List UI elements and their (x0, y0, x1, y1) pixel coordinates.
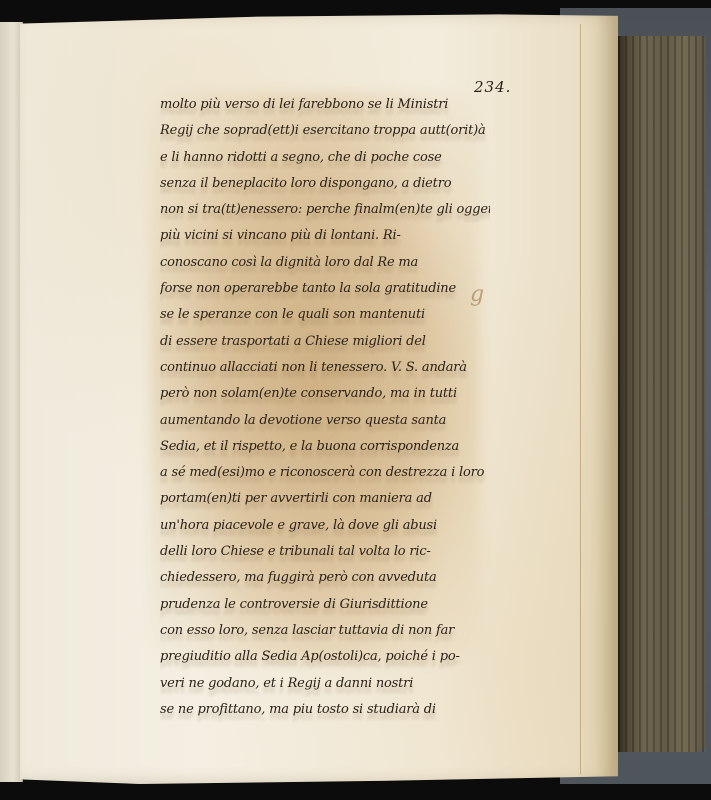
text-line: delli loro Chiese e tribunali tal volta … (160, 539, 490, 565)
text-line: prudenza le controversie di Giurisdittio… (160, 592, 490, 618)
text-line: molto più verso di lei farebbono se li M… (160, 92, 490, 118)
text-line: pregiuditio alla Sedia Ap(ostoli)ca, poi… (160, 644, 490, 670)
text-line: e li hanno ridotti a segno, che di poche… (160, 145, 490, 171)
text-line: di essere trasportati a Chiese migliori … (160, 329, 490, 355)
text-line: aumentando la devotione verso questa san… (160, 408, 490, 434)
text-line: però non solam(en)te conservando, ma in … (160, 381, 490, 407)
text-line: Sedia, et il rispetto, e la buona corris… (160, 434, 490, 460)
text-line: non si tra(tt)enessero: perche finalm(en… (160, 197, 490, 223)
text-line: continuo allacciati non li tenessero. V.… (160, 355, 490, 381)
text-line: forse non operarebbe tanto la sola grati… (160, 276, 490, 302)
text-line: con esso loro, senza lasciar tuttavia di… (160, 618, 490, 644)
text-line: veri ne godano, et i Regij a danni nostr… (160, 671, 490, 697)
text-line: Regij che soprad(ett)i esercitano troppa… (160, 118, 490, 144)
text-line: più vicini si vincano più di lontani. Ri… (160, 223, 490, 249)
text-line: portam(en)ti per avvertirli con maniera … (160, 486, 490, 512)
text-line: se ne profittano, ma piu tosto si studia… (160, 697, 490, 723)
text-line: chiedessero, ma fuggirà però con avvedut… (160, 565, 490, 591)
book-page-edges (618, 36, 706, 752)
facing-page-edge (0, 22, 23, 782)
page-fold-line (580, 24, 581, 774)
text-line: un'hora piacevole e grave, là dove gli a… (160, 513, 490, 539)
text-line: a sé med(esi)mo e riconoscerà con destre… (160, 460, 490, 486)
handwritten-text-block: molto più verso di lei farebbono se li M… (160, 92, 490, 723)
text-line: senza il beneplacito loro dispongano, a … (160, 171, 490, 197)
text-line: se le speranze con le quali son mantenut… (160, 302, 490, 328)
text-line: conoscano così la dignità loro dal Re ma (160, 250, 490, 276)
